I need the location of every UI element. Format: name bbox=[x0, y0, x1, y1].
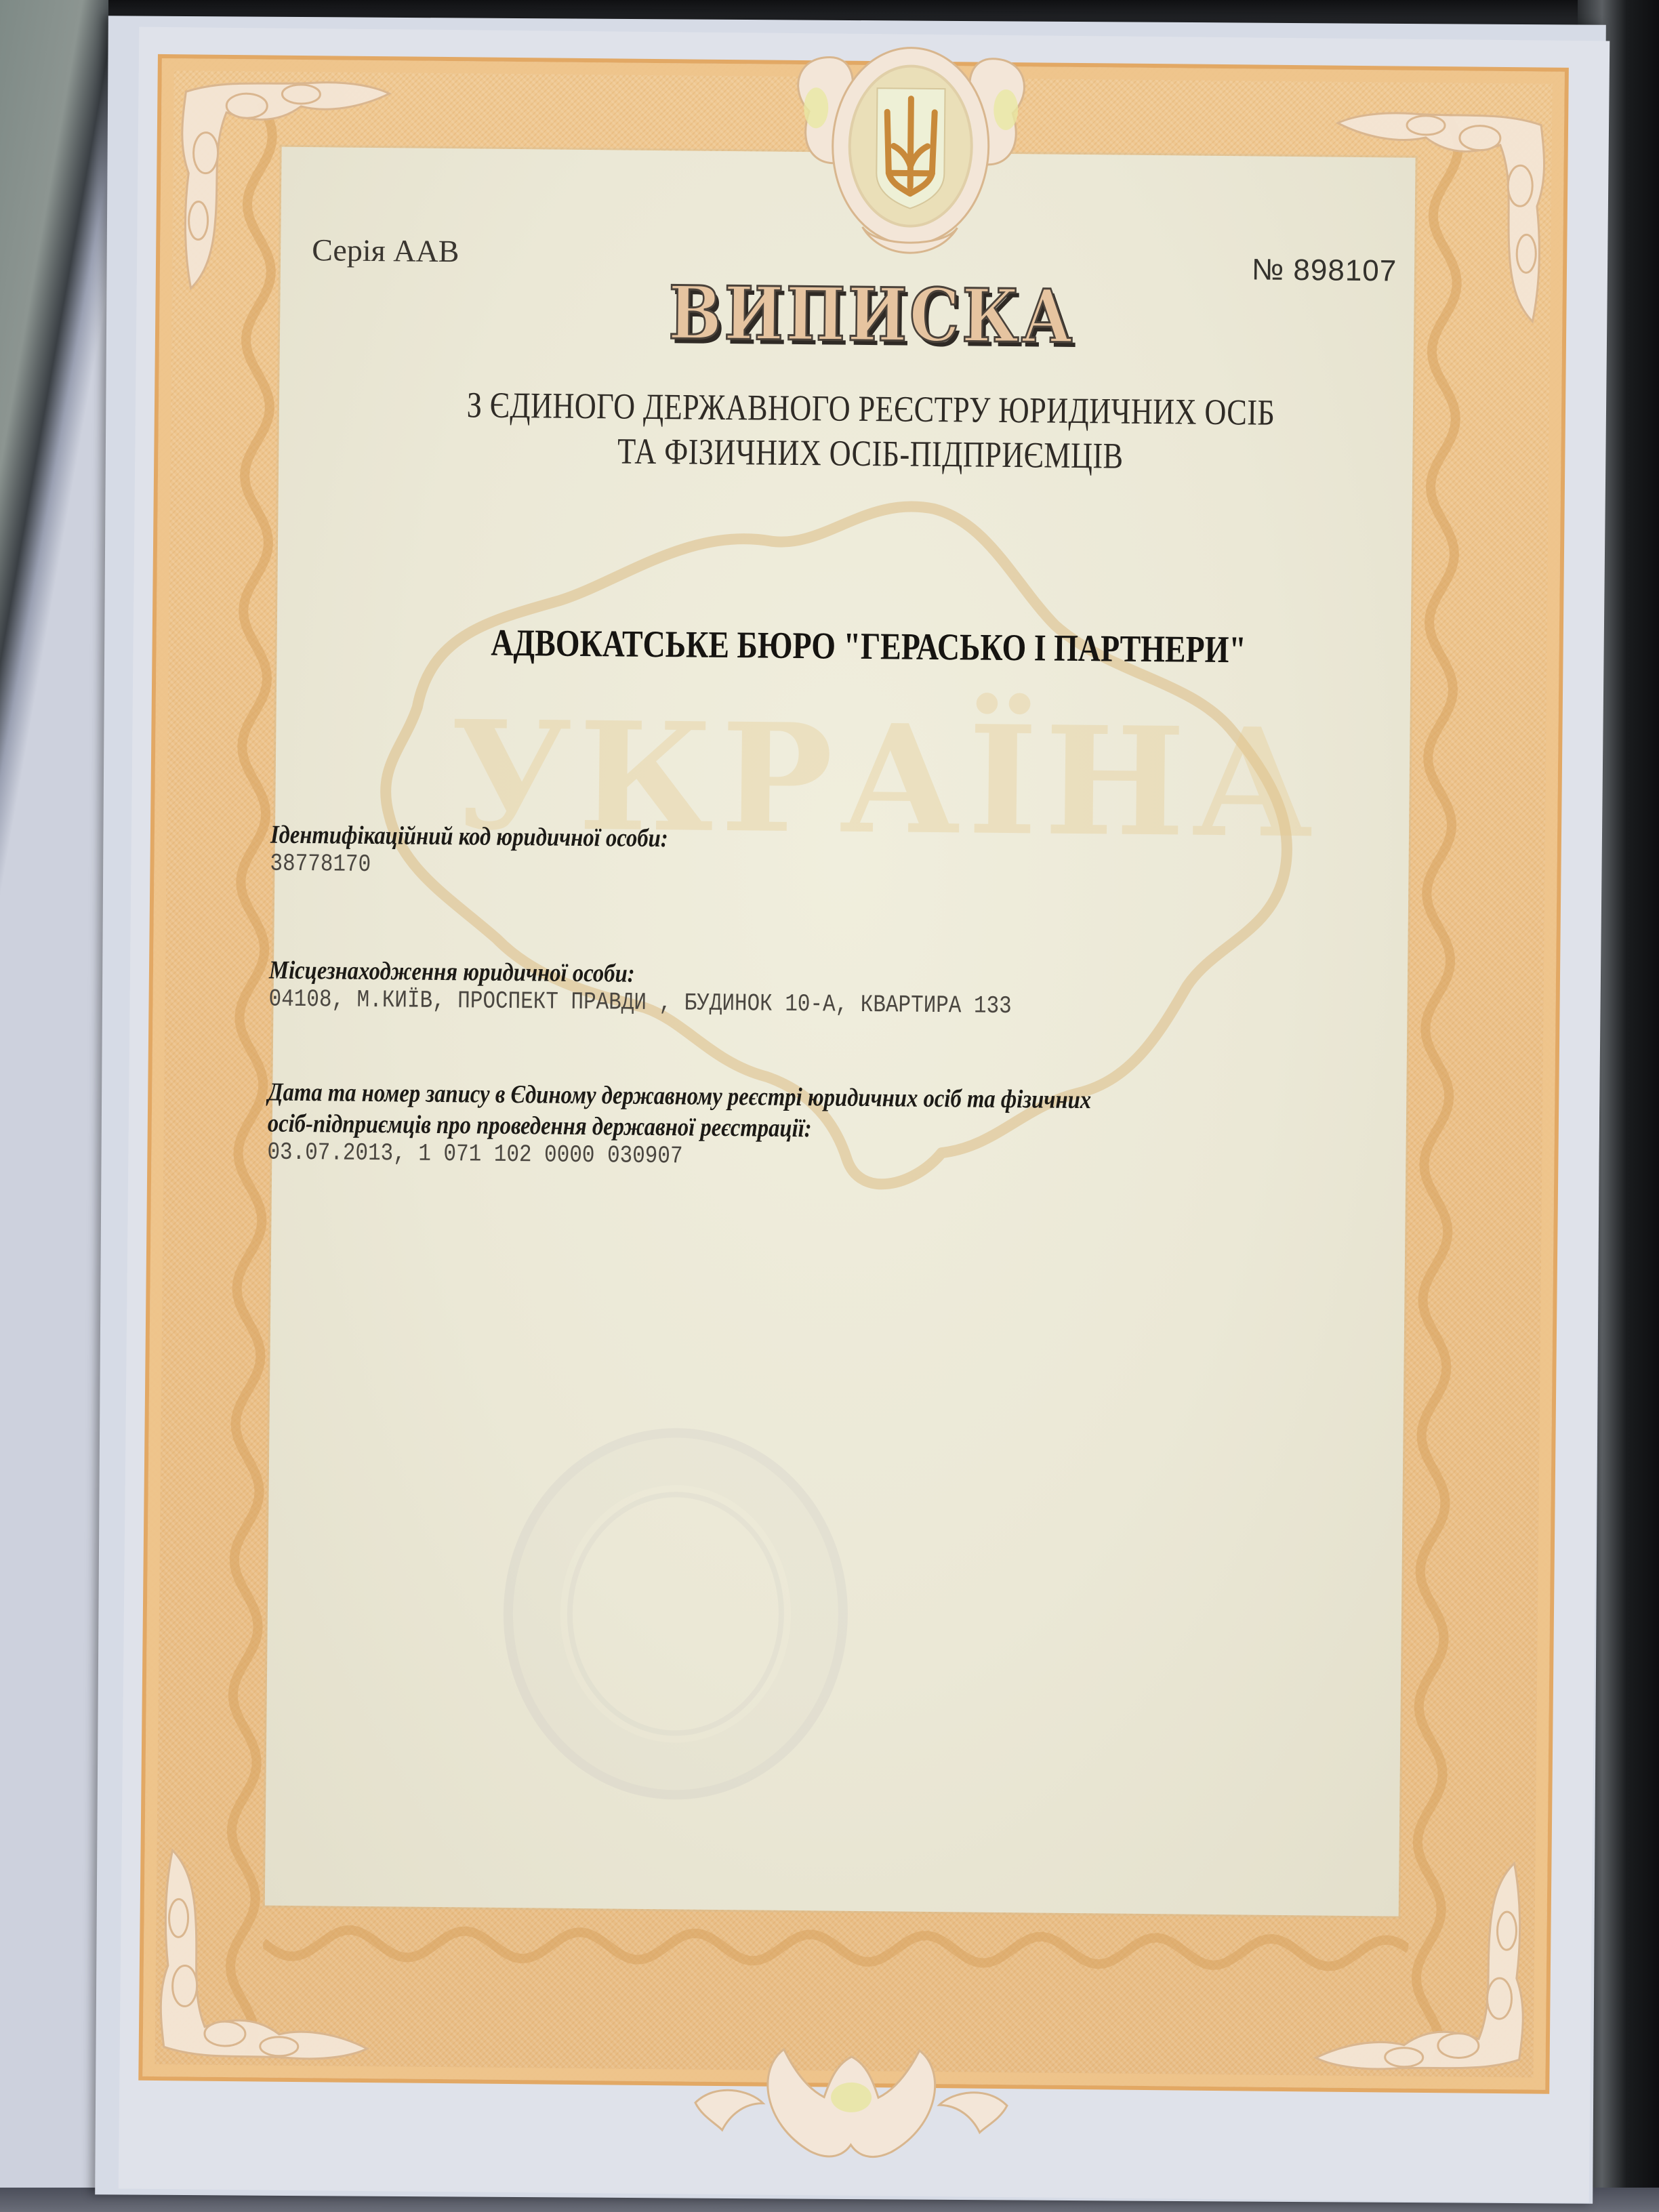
field-label-registration-line-2: осіб-підприємців про проведення державно… bbox=[268, 1109, 812, 1144]
field-value-id-code: 38778170 bbox=[270, 850, 371, 878]
field-label-address: Місцезнаходження юридичної особи: bbox=[269, 956, 635, 989]
certificate-paper: УКРАЇНА bbox=[119, 27, 1610, 2203]
series-label: Серія ААВ bbox=[312, 232, 459, 269]
field-label-id-code: Ідентифікаційний код юридичної особи: bbox=[270, 820, 668, 854]
field-value-registration: 03.07.2013, 1 071 102 0000 030907 bbox=[267, 1139, 682, 1170]
document-title: ВИПИСКА bbox=[239, 266, 1504, 364]
bottom-center-ornament-icon bbox=[674, 2021, 1028, 2180]
coat-of-arms-crest bbox=[767, 30, 1054, 276]
